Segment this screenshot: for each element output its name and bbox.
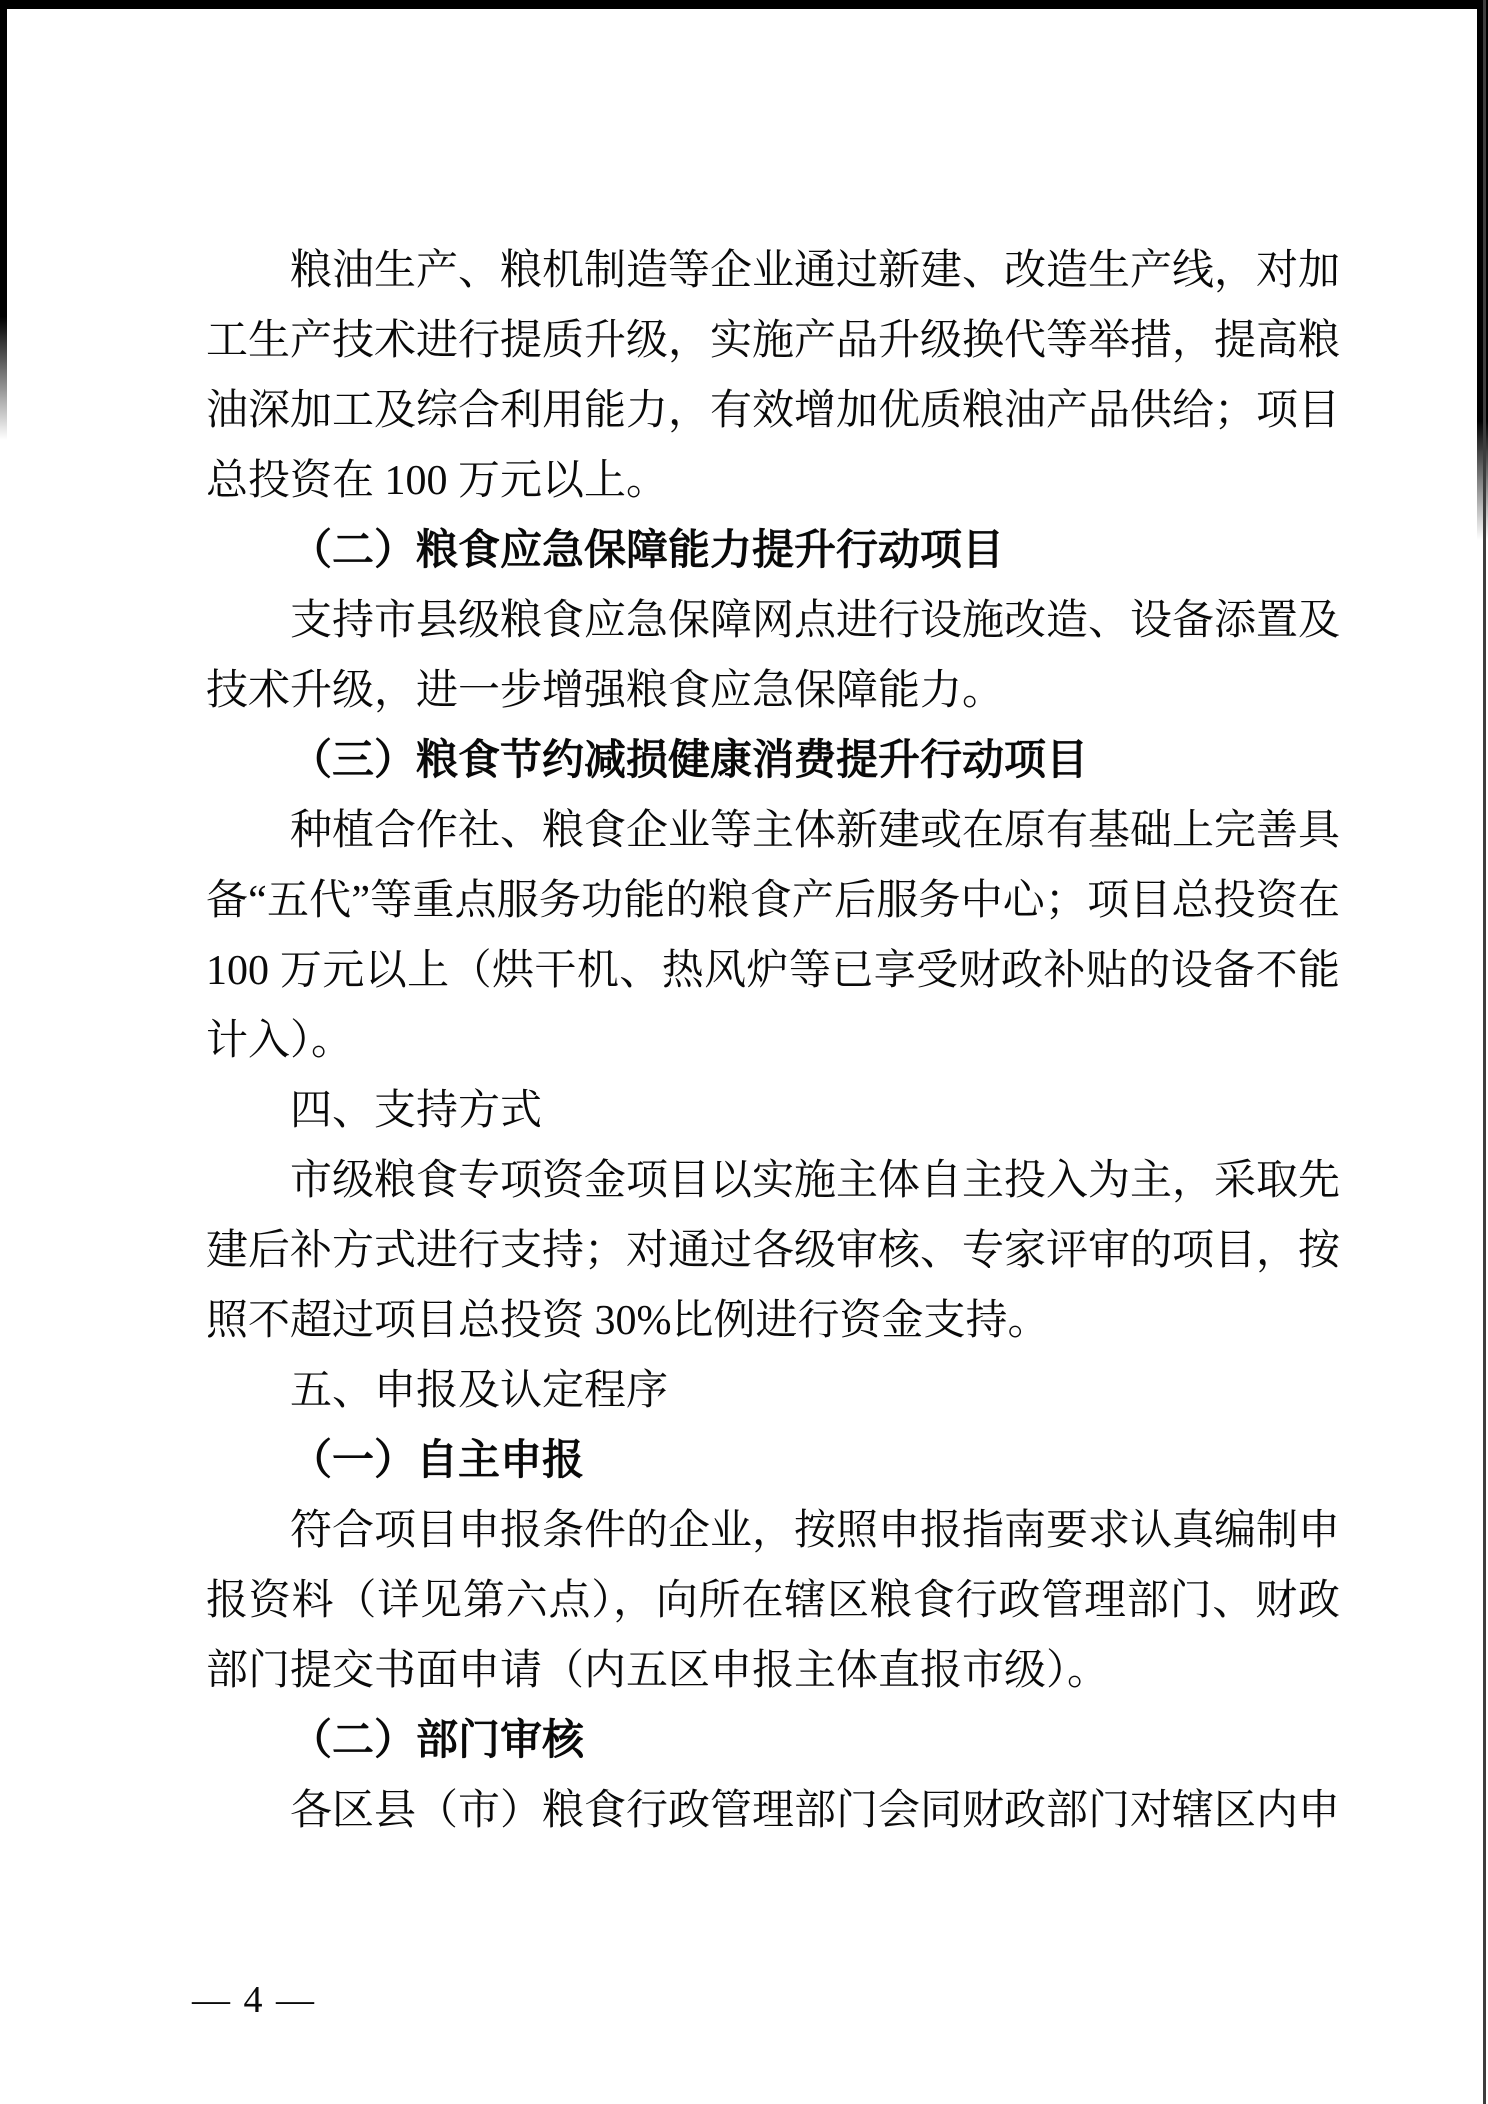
scan-edge-top — [0, 0, 1488, 9]
paragraph-funding-method: 市级粮食专项资金项目以实施主体自主投入为主，采取先建后补方式进行支持；对通过各级… — [206, 1146, 1340, 1356]
page-number: — 4 — — [192, 1978, 316, 2022]
document-page: 粮油生产、粮机制造等企业通过新建、改造生产线，对加工生产技术进行提质升级，实施产… — [0, 0, 1488, 2104]
paragraph-application-requirements: 符合项目申报条件的企业，按照申报指南要求认真编制申报资料（详见第六点），向所在辖… — [206, 1496, 1340, 1706]
heading-subsection-1-self-application: （一）自主申报 — [206, 1426, 1340, 1496]
scan-edge-left — [0, 0, 7, 440]
paragraph-district-review: 各区县（市）粮食行政管理部门会同财政部门对辖区内申 — [206, 1776, 1340, 1846]
heading-section-3-saving-consumption: （三）粮食节约减损健康消费提升行动项目 — [206, 726, 1340, 796]
heading-section-2-emergency-capacity: （二）粮食应急保障能力提升行动项目 — [206, 516, 1340, 586]
heading-chapter-4-support-method: 四、支持方式 — [206, 1076, 1340, 1146]
scan-edge-right-line — [1483, 0, 1486, 2104]
paragraph-emergency-network-support: 支持市县级粮食应急保障网点进行设施改造、设备添置及技术升级，进一步增强粮食应急保… — [206, 586, 1340, 726]
document-body: 粮油生产、粮机制造等企业通过新建、改造生产线，对加工生产技术进行提质升级，实施产… — [206, 236, 1340, 1846]
heading-subsection-2-department-review: （二）部门审核 — [206, 1706, 1340, 1776]
paragraph-grain-oil-upgrade: 粮油生产、粮机制造等企业通过新建、改造生产线，对加工生产技术进行提质升级，实施产… — [206, 236, 1340, 516]
heading-chapter-5-application-procedure: 五、申报及认定程序 — [206, 1356, 1340, 1426]
paragraph-postharvest-service-center: 种植合作社、粮食企业等主体新建或在原有基础上完善具备“五代”等重点服务功能的粮食… — [206, 796, 1340, 1076]
